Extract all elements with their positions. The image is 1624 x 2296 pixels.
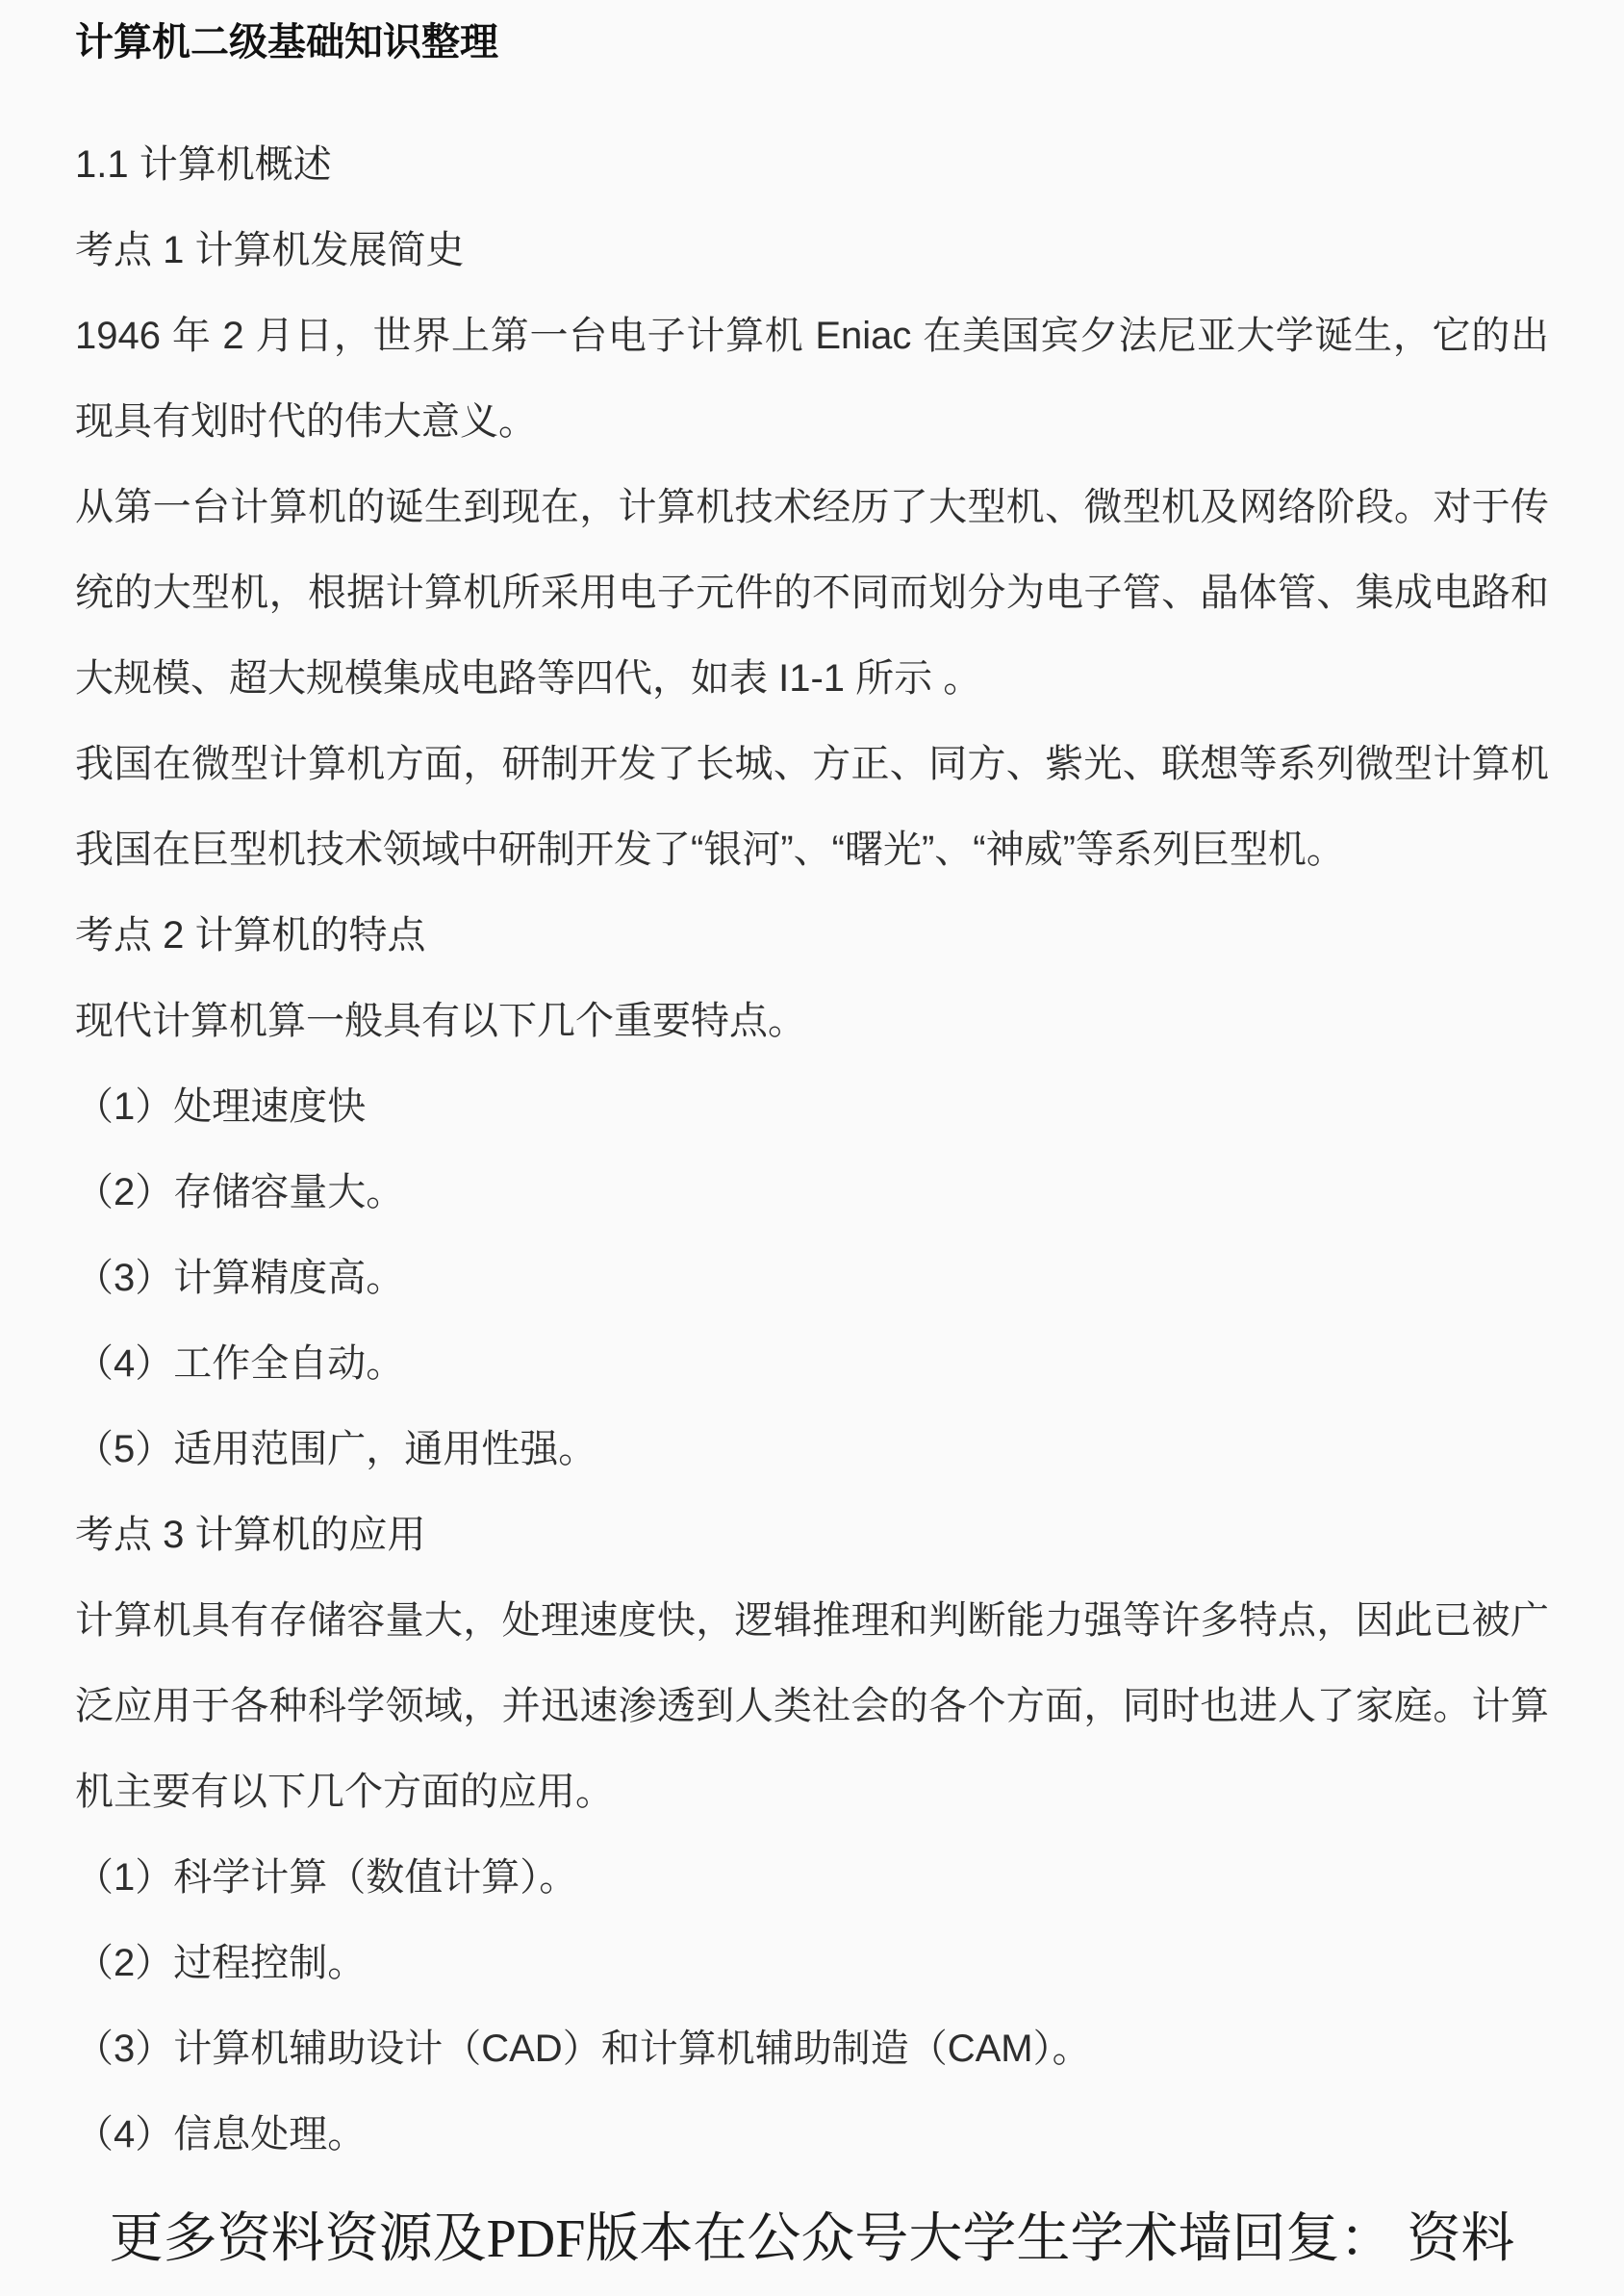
- list-item: （1）科学计算（数值计算）。: [75, 1835, 1549, 1921]
- document-page: 计算机二级基础知识整理1.1 计算机概述考点 1 计算机发展简史1946 年 2…: [0, 0, 1624, 2296]
- paragraph-line: 大规模、超大规模集成电路等四代，如表 I1-1 所示 。: [75, 636, 1549, 722]
- paragraph-line: 1946 年 2 月日，世界上第一台电子计算机 Eniac 在美国宾夕法尼亚大学…: [75, 293, 1549, 379]
- list-item: （2）过程控制。: [75, 1921, 1549, 2006]
- paragraph-line: 我国在巨型机技术领域中研制开发了“银河”、“曙光”、“神威”等系列巨型机。: [75, 807, 1549, 893]
- list-item: （4）信息处理。: [75, 2092, 1549, 2178]
- paragraph-line: 从第一台计算机的诞生到现在，计算机技术经历了大型机、微型机及网络阶段。对于传: [75, 465, 1549, 550]
- section-heading: 考点 1 计算机发展简史: [75, 208, 1549, 293]
- paragraph-line: 泛应用于各种科学领域，并迅速渗透到人类社会的各个方面，同时也进人了家庭。计算: [75, 1664, 1549, 1749]
- document-body: 计算机二级基础知识整理1.1 计算机概述考点 1 计算机发展简史1946 年 2…: [75, 0, 1549, 2178]
- footer-note: 更多资料资源及PDF版本在公众号大学生学术墙回复： 资料: [75, 2197, 1549, 2283]
- list-item: （3）计算机辅助设计（CAD）和计算机辅助制造（CAM）。: [75, 2006, 1549, 2092]
- list-item: （1）处理速度快: [75, 1064, 1549, 1150]
- paragraph-line: 统的大型机，根据计算机所采用电子元件的不同而划分为电子管、晶体管、集成电路和: [75, 550, 1549, 636]
- list-item: （2）存储容量大。: [75, 1150, 1549, 1236]
- section-heading: 考点 3 计算机的应用: [75, 1492, 1549, 1578]
- list-item: （5）适用范围广，通用性强。: [75, 1407, 1549, 1492]
- section-heading: 考点 2 计算机的特点: [75, 893, 1549, 979]
- paragraph-line: 机主要有以下几个方面的应用。: [75, 1749, 1549, 1835]
- paragraph-line: 现代计算机算一般具有以下几个重要特点。: [75, 979, 1549, 1064]
- list-item: （3）计算精度高。: [75, 1236, 1549, 1321]
- paragraph-line: 现具有划时代的伟大意义。: [75, 379, 1549, 465]
- list-item: （4）工作全自动。: [75, 1321, 1549, 1407]
- paragraph-line: 我国在微型计算机方面，研制开发了长城、方正、同方、紫光、联想等系列微型计算机: [75, 722, 1549, 807]
- section-heading: 1.1 计算机概述: [75, 122, 1549, 208]
- doc-title: 计算机二级基础知识整理: [75, 0, 1549, 86]
- paragraph-line: 计算机具有存储容量大，处理速度快，逻辑推理和判断能力强等许多特点，因此已被广: [75, 1578, 1549, 1664]
